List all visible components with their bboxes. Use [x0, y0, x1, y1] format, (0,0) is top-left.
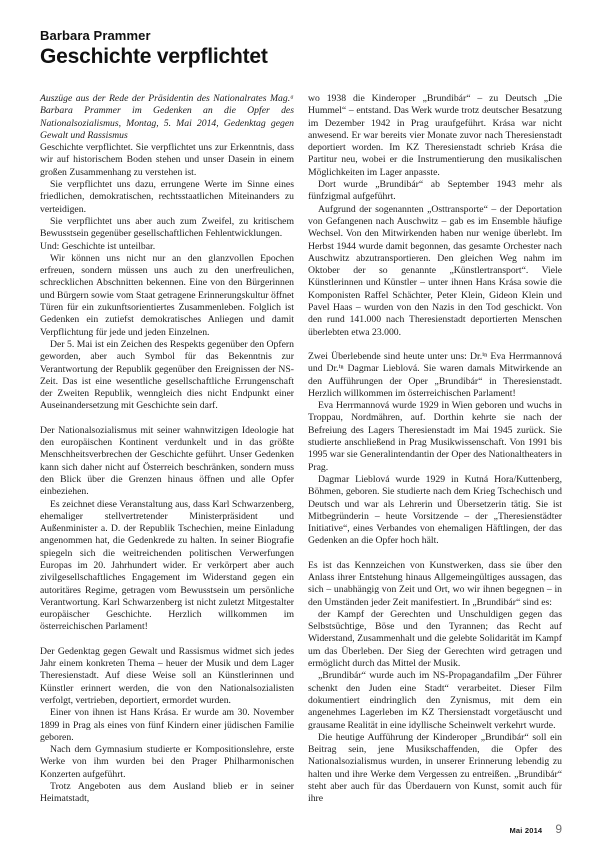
paragraph: Der Gedenktag gegen Gewalt und Rassismus… [40, 646, 294, 707]
masthead: Barbara Prammer Geschichte verpflichtet [40, 29, 268, 68]
intro-abstract: Auszüge aus der Rede der Präsidentin des… [40, 93, 294, 142]
page-title: Geschichte verpflichtet [40, 45, 268, 68]
text-columns: Auszüge aus der Rede der Präsidentin des… [40, 93, 562, 806]
paragraph: Es zeichnet diese Veranstaltung aus, das… [40, 499, 294, 634]
paragraph: Nach dem Gymnasium studierte er Komposit… [40, 744, 294, 781]
paragraph: Es ist das Kennzeichen von Kunstwerken, … [308, 560, 562, 609]
paragraph: Der Nationalsozialismus mit seiner wahnw… [40, 425, 294, 499]
magazine-page: Barbara Prammer Geschichte verpflichtet … [0, 0, 600, 849]
left-column: Auszüge aus der Rede der Präsidentin des… [40, 93, 294, 806]
paragraph: wo 1938 die Kinderoper „Brundibár“ – zu … [308, 93, 562, 179]
paragraph: Und: Geschichte ist unteilbar. [40, 241, 294, 253]
paragraph: Sie verpflichtet uns dazu, errungene Wer… [40, 179, 294, 216]
paragraph: Die heutige Aufführung der Kinderoper „B… [308, 732, 562, 806]
paragraph: Geschichte verpflichtet. Sie verpflichte… [40, 142, 294, 179]
paragraph: Eva Herrmannová wurde 1929 in Wien gebor… [308, 400, 562, 474]
author-name: Barbara Prammer [40, 29, 268, 44]
paragraph: Der 5. Mai ist ein Zeichen des Respekts … [40, 339, 294, 413]
paragraph: Aufgrund der sogenannten „Osttransporte“… [308, 204, 562, 339]
paragraph: Zwei Überlebende sind heute unter uns: D… [308, 351, 562, 400]
paragraph: „Brundibár“ wurde auch im NS-Propagandaf… [308, 670, 562, 731]
page-footer: Mai 2014 9 [509, 822, 562, 836]
paragraph: Sie verpflichtet uns aber auch zum Zweif… [40, 216, 294, 241]
paragraph: Dagmar Lieblová wurde 1929 in Kutná Hora… [308, 474, 562, 548]
paragraph: Trotz Angeboten aus dem Ausland blieb er… [40, 781, 294, 806]
right-column: wo 1938 die Kinderoper „Brundibár“ – zu … [308, 93, 562, 806]
issue-date: Mai 2014 [509, 826, 542, 835]
paragraph: der Kampf der Gerechten und Unschuldigen… [308, 609, 562, 670]
paragraph: Einer von ihnen ist Hans Krása. Er wurde… [40, 707, 294, 744]
paragraph: Wir können uns nicht nur an den glanzvol… [40, 253, 294, 339]
paragraph: Dort wurde „Brundibár“ ab September 1943… [308, 179, 562, 204]
page-number: 9 [555, 822, 562, 836]
